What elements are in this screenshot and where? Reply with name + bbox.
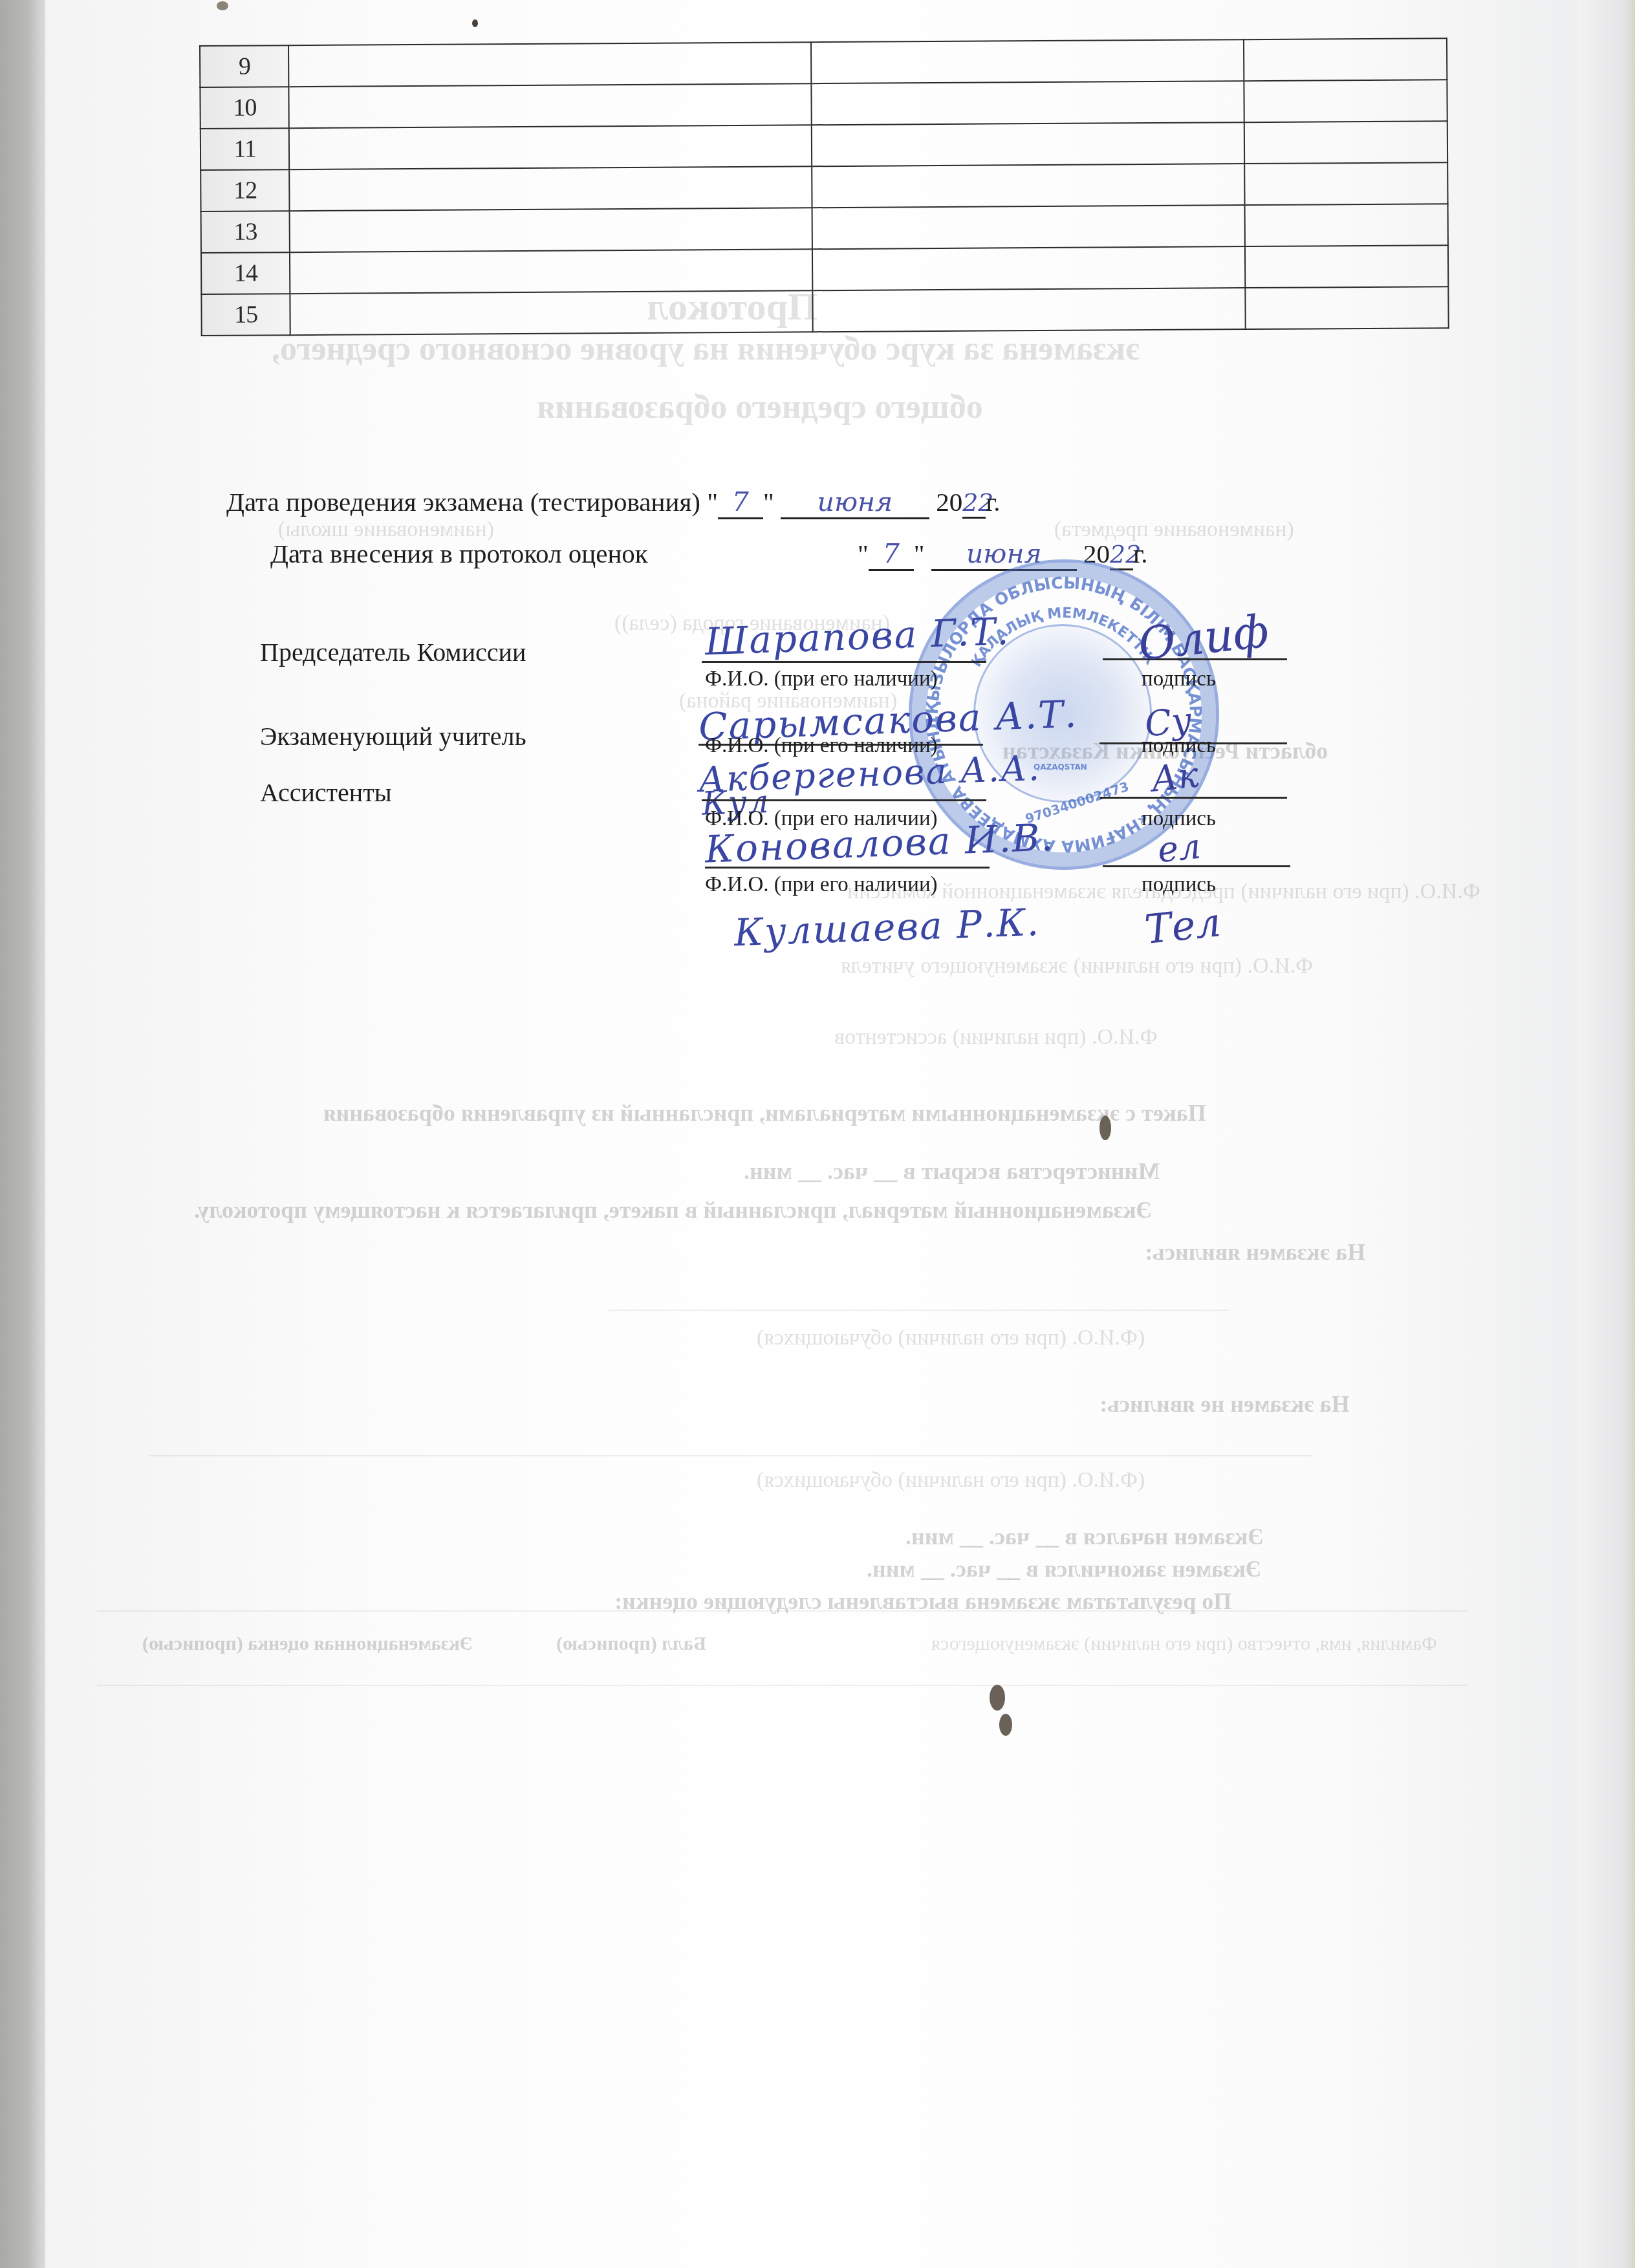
assistant-3-signature: Тел bbox=[1143, 898, 1224, 953]
row-number: 9 bbox=[200, 45, 289, 87]
table-cell bbox=[1244, 121, 1447, 164]
ghost-subtitle-2: общего среднего образования bbox=[537, 388, 983, 426]
ghost-line: Фамилия, имя, отчество (при его наличии)… bbox=[931, 1633, 1437, 1655]
ghost-line: (Ф.И.О. (при его наличии) обучающихся) bbox=[757, 1468, 1145, 1493]
table-cell bbox=[289, 125, 812, 169]
ghost-line: Пакет с экзаменационными материалами, пр… bbox=[323, 1099, 1206, 1127]
assistant-1-name-line bbox=[702, 799, 986, 801]
table-cell bbox=[813, 288, 1246, 332]
table-cell bbox=[811, 39, 1244, 83]
table-cell bbox=[1244, 204, 1448, 246]
scan-speck bbox=[999, 1714, 1012, 1736]
table-cell bbox=[812, 205, 1245, 249]
grades-entry-date-label: Дата внесения в протокол оценок bbox=[270, 538, 648, 569]
chairman-name-line bbox=[702, 661, 986, 663]
row-number: 13 bbox=[201, 211, 290, 253]
table-row: 9 bbox=[200, 38, 1447, 87]
row-number: 10 bbox=[200, 87, 289, 129]
table-cell bbox=[1244, 162, 1448, 205]
ghost-line: Министерства вскрыт в __ час. __ мин. bbox=[744, 1158, 1160, 1185]
scan-speck bbox=[217, 1, 228, 10]
table-row: 12 bbox=[200, 162, 1447, 211]
table-row: 14 bbox=[201, 245, 1448, 294]
ghost-rule bbox=[608, 1310, 1229, 1311]
ghost-line: Ф.И.О. (при наличии) ассистентов bbox=[834, 1025, 1157, 1050]
table-cell bbox=[290, 290, 813, 335]
exam-date-year-prefix: 20 bbox=[936, 487, 962, 517]
ghost-line: Экзаменационный материал, присланный в п… bbox=[194, 1196, 1152, 1224]
ghost-rule bbox=[97, 1610, 1468, 1612]
table-cell bbox=[812, 246, 1245, 290]
scan-speck bbox=[990, 1685, 1005, 1711]
signature-caption: подпись bbox=[1142, 873, 1216, 897]
exam-date-year-suffix: 22 bbox=[962, 488, 986, 519]
row-number: 15 bbox=[201, 294, 290, 336]
table-cell bbox=[812, 81, 1244, 125]
grades-table: 9 10 11 12 13 1 bbox=[199, 38, 1449, 336]
assistant-1-signature-line bbox=[1099, 797, 1287, 799]
table-cell bbox=[1244, 80, 1447, 122]
assistants-label: Ассистенты bbox=[260, 777, 392, 808]
examiner-label: Экзаменующий учитель bbox=[260, 721, 526, 751]
quote-open: " bbox=[707, 487, 718, 517]
grades-entry-date-day: 7 bbox=[869, 538, 914, 571]
table-cell bbox=[1244, 38, 1447, 81]
scan-edge-left bbox=[0, 0, 45, 2268]
ghost-subtitle: экзамена за курс обучения на уровне осно… bbox=[272, 330, 1140, 368]
table-cell bbox=[1245, 286, 1449, 329]
table-cell bbox=[812, 122, 1244, 166]
table-cell bbox=[290, 166, 812, 211]
ghost-rule bbox=[97, 1685, 1468, 1686]
assistant-1-signature: Ак bbox=[1149, 754, 1200, 799]
ghost-line: Балл (прописью) bbox=[556, 1633, 706, 1655]
row-number: 11 bbox=[200, 128, 290, 170]
scan-edge-right bbox=[1577, 0, 1635, 2268]
chairman-label: Председатель Комиссии bbox=[260, 637, 526, 667]
ghost-rule bbox=[149, 1455, 1313, 1456]
ghost-line: Экзамен начался в __ час. __ мин. bbox=[905, 1523, 1264, 1550]
stamp-center-text: QAZAQSTAN bbox=[1034, 762, 1087, 772]
table-cell bbox=[812, 164, 1244, 208]
fio-caption: Ф.И.О. (при его наличии) bbox=[705, 667, 938, 691]
row-number: 14 bbox=[201, 252, 290, 294]
quote-open: " bbox=[858, 539, 869, 568]
exam-date-year-unit: г. bbox=[986, 487, 1000, 517]
exam-date-line: Дата проведения экзамена (тестирования) … bbox=[226, 486, 1001, 519]
exam-date-day: 7 bbox=[718, 486, 763, 519]
scan-speck bbox=[472, 19, 478, 27]
ghost-line: Ф.И.О. (при его наличии) экзаменующего у… bbox=[841, 954, 1313, 978]
table-cell bbox=[1245, 245, 1449, 288]
assistant-2-signature: ел bbox=[1156, 826, 1203, 871]
table-cell bbox=[290, 208, 812, 252]
fio-caption: Ф.И.О. (при его наличии) bbox=[705, 873, 938, 897]
table-row: 11 bbox=[200, 121, 1447, 170]
table-row: 10 bbox=[200, 80, 1447, 129]
quote-close: " bbox=[763, 487, 774, 517]
table-row: 15 bbox=[201, 286, 1448, 336]
row-number: 12 bbox=[200, 169, 290, 211]
ghost-line: Экзамен закончился в __ час. __ мин. bbox=[867, 1555, 1261, 1582]
ghost-line: Экзаменационная оценка (прописью) bbox=[142, 1633, 473, 1655]
exam-date-month: июня bbox=[781, 486, 929, 519]
assistant-2-name-line bbox=[705, 867, 990, 869]
table-cell bbox=[288, 42, 811, 87]
ghost-line: (Ф.И.О. (при его наличии) обучающихся) bbox=[757, 1326, 1145, 1350]
scan-speck bbox=[1099, 1116, 1111, 1140]
signature-caption: подпись bbox=[1142, 734, 1216, 758]
ghost-line: На экзамен явились: bbox=[1145, 1238, 1365, 1266]
exam-date-label: Дата проведения экзамена (тестирования) bbox=[226, 487, 700, 517]
signature-caption: подпись bbox=[1142, 667, 1216, 691]
table-cell bbox=[289, 83, 812, 128]
table-row: 13 bbox=[201, 204, 1448, 253]
table-cell bbox=[290, 249, 812, 294]
ghost-line: На экзамен не явились: bbox=[1099, 1390, 1350, 1418]
